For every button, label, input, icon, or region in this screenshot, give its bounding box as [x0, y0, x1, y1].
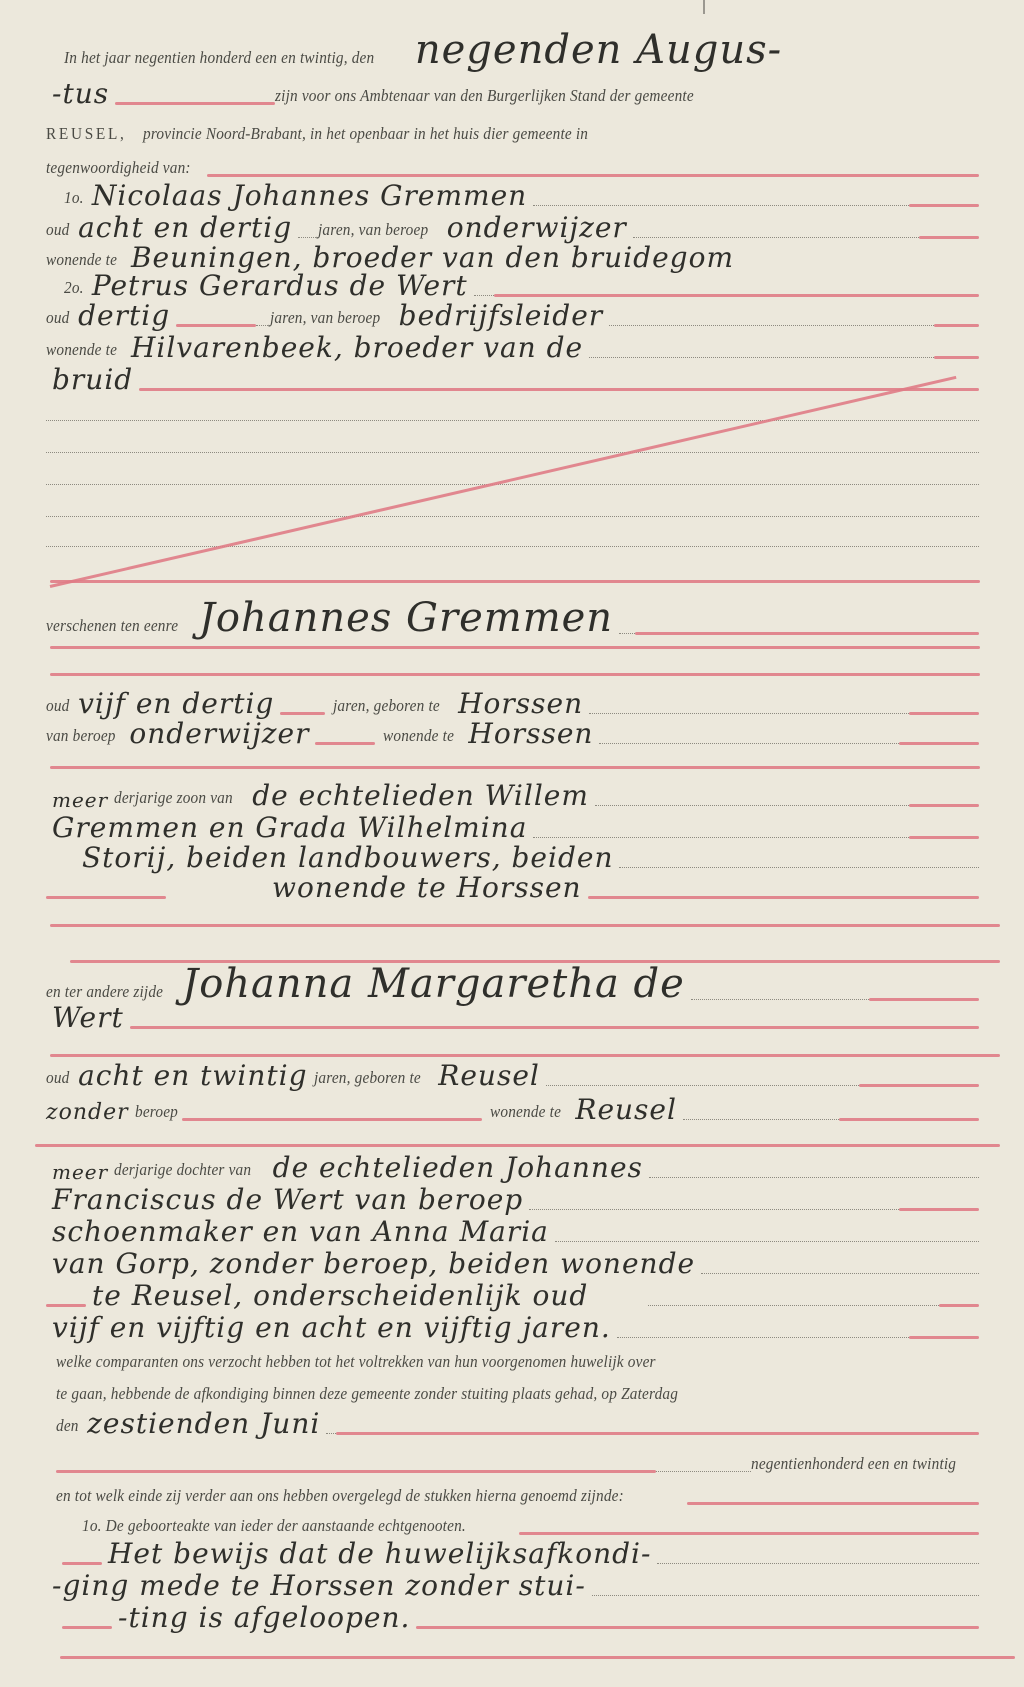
bride-parents-2: Franciscus de Wert van beroep: [46, 1186, 529, 1216]
label-oud: oud: [46, 1068, 69, 1092]
bride-parents-6: vijf en vijftig en acht en vijftig jaren…: [46, 1314, 617, 1344]
red-rule: [909, 712, 979, 715]
groom-parents-line-4: wonende te Horssen: [46, 870, 979, 904]
bride-parents-line-1: meer derjarige dochter van de echteliede…: [46, 1150, 979, 1184]
blank-line: [46, 420, 979, 421]
witness-2-age: dertig: [72, 302, 176, 332]
red-rule: [182, 1118, 482, 1121]
red-rule: [46, 1304, 86, 1307]
document-2-line-1: Het bewijs dat de huwelijksafkondi-: [46, 1536, 979, 1570]
document-2-line-2: -ging mede te Horssen zonder stui-: [46, 1568, 979, 1602]
bride-name-cont-line: Wert: [46, 1000, 979, 1034]
bride-birthplace: Reusel: [432, 1062, 546, 1092]
document-2-text-2: -ging mede te Horssen zonder stui-: [46, 1572, 592, 1602]
label-jaren-geboren: jaren, geboren te: [314, 1068, 421, 1092]
bride-occupation: zonder: [46, 1102, 135, 1126]
red-rule: [35, 1144, 1000, 1147]
strike-through-diagonal: [50, 376, 957, 588]
proclamation-date: zestienden Juni: [81, 1410, 326, 1440]
witness-1-name: Nicolaas Johannes Gremmen: [86, 182, 533, 212]
red-rule: [939, 1304, 979, 1307]
witness-1-age-line: oud acht en dertig jaren, van beroep ond…: [46, 210, 979, 244]
document-2-text-1: Het bewijs dat de huwelijksafkondi-: [102, 1540, 657, 1570]
red-rule: [588, 896, 979, 899]
label-van-beroep: van beroep: [46, 726, 116, 750]
red-rule: [934, 356, 979, 359]
red-rule: [46, 896, 166, 899]
groom-parents-1: de echtelieden Willem: [246, 782, 595, 812]
blank-line: [46, 516, 979, 517]
groom-meer: meer: [46, 790, 114, 812]
red-rule: [56, 1470, 656, 1473]
red-rule: [50, 1054, 1000, 1057]
red-rule: [139, 388, 979, 391]
red-rule: [909, 204, 979, 207]
groom-line: verschenen ten eenre Johannes Gremmen: [46, 590, 979, 640]
red-rule: [207, 174, 979, 177]
printed-intro: In het jaar negentien honderd een en twi…: [64, 48, 374, 72]
bride-age-line: oud acht en twintig jaren, geboren te Re…: [46, 1058, 979, 1092]
witness-2-occupation: bedrijfsleider: [393, 302, 610, 332]
pencil-mark: [703, 0, 705, 14]
red-rule: [50, 580, 980, 583]
document-2-text-3: -ting is afgeloopen.: [112, 1604, 416, 1634]
bride-parents-4: van Gorp, zonder beroep, beiden wonende: [46, 1250, 701, 1280]
certificate-page: In het jaar negentien honderd een en twi…: [0, 0, 1024, 1687]
red-rule: [934, 324, 979, 327]
bride-parents-3: schoenmaker en van Anna Maria: [46, 1218, 555, 1248]
hw-date-cont: -tus: [46, 80, 115, 110]
documents-intro-line: en tot welk einde zij verder aan ons heb…: [46, 1476, 979, 1510]
red-rule: [519, 1532, 979, 1535]
label-dochter-van: derjarige dochter van: [114, 1160, 251, 1184]
label-verschenen: verschenen ten eenre: [46, 616, 178, 640]
red-rule: [50, 646, 980, 649]
groom-occupation: onderwijzer: [123, 720, 315, 750]
line-presence: tegenwoordigheid van:: [46, 148, 979, 182]
red-rule: [50, 673, 980, 676]
bride-name-cont: Wert: [46, 1004, 130, 1034]
groom-parents-4: wonende te Horssen: [266, 874, 588, 904]
document-2-line-3: -ting is afgeloopen.: [46, 1600, 979, 1634]
red-rule: [859, 1084, 979, 1087]
groom-age-line: oud vijf en dertig jaren, geboren te Hor…: [46, 686, 979, 720]
red-rule: [494, 294, 979, 297]
red-rule: [919, 236, 979, 239]
red-rule: [50, 924, 1000, 927]
bride-residence: Reusel: [569, 1096, 683, 1126]
groom-parents-line-2: Gremmen en Grada Wilhelmina: [46, 810, 979, 844]
label-beroep: beroep: [135, 1102, 178, 1126]
witness-2-name-line: 2o. Petrus Gerardus de Wert: [46, 268, 979, 302]
year-line: negentienhonderd een en twintig: [46, 1444, 979, 1478]
groom-parents-line-3: Storij, beiden landbouwers, beiden: [46, 840, 979, 874]
printed-year: negentienhonderd een en twintig: [751, 1454, 956, 1478]
blank-line: [46, 484, 979, 485]
red-rule: [50, 766, 980, 769]
document-1-line: 1o. De geboorteakte van ieder der aansta…: [46, 1506, 979, 1540]
blank-line: [46, 546, 979, 547]
line-date-cont: -tus zijn voor ons Ambtenaar van den Bur…: [46, 76, 979, 110]
label-jaren-beroep: jaren, van beroep: [270, 308, 380, 332]
label-zoon-van: derjarige zoon van: [114, 788, 233, 812]
groom-job-line: van beroep onderwijzer wonende te Horsse…: [46, 716, 979, 750]
bride-parents-5: te Reusel, onderscheidenlijk oud: [86, 1282, 648, 1312]
red-rule: [909, 804, 979, 807]
red-rule: [909, 836, 979, 839]
red-rule: [635, 632, 979, 635]
red-rule: [687, 1502, 979, 1505]
line-intro: In het jaar negentien honderd een en twi…: [46, 38, 979, 72]
bride-job-line: zonder beroep wonende te Reusel: [46, 1092, 979, 1126]
red-rule: [115, 102, 275, 105]
witness-2-residence: Hilvarenbeek, broeder van de: [125, 334, 589, 364]
witness-1-number: 1o.: [64, 188, 84, 212]
label-wonende: wonende te: [46, 340, 117, 364]
groom-parents-line-1: meer derjarige zoon van de echtelieden W…: [46, 778, 979, 812]
red-rule: [416, 1626, 979, 1629]
witness-2-age-line: oud dertig jaren, van beroep bedrijfslei…: [46, 298, 979, 332]
red-rule: [60, 1656, 1015, 1659]
printed-official: zijn voor ons Ambtenaar van den Burgerli…: [275, 86, 694, 110]
bride-parents-line-3: schoenmaker en van Anna Maria: [46, 1214, 979, 1248]
line-municipality: REUSEL, provincie Noord-Brabant, in het …: [46, 114, 979, 148]
red-rule: [130, 1026, 979, 1029]
printed-province: provincie Noord-Brabant, in het openbaar…: [143, 124, 588, 148]
groom-residence: Horssen: [462, 720, 599, 750]
bride-parents-line-4: van Gorp, zonder beroep, beiden wonende: [46, 1246, 979, 1280]
request-line-2: te gaan, hebbende de afkondiging binnen …: [46, 1374, 979, 1408]
bride-meer: meer: [46, 1162, 114, 1184]
label-wonende: wonende te: [383, 726, 454, 750]
witness-2-residence-line: wonende te Hilvarenbeek, broeder van de: [46, 330, 979, 364]
printed-request-1: welke comparanten ons verzocht hebben to…: [56, 1352, 656, 1376]
label-oud: oud: [46, 308, 69, 332]
red-rule: [315, 742, 375, 745]
witness-2-residence-cont: bruid: [46, 366, 139, 396]
red-rule: [899, 1208, 979, 1211]
blank-line: [46, 452, 979, 453]
hw-date: negenden Augus-: [409, 30, 788, 72]
groom-name: Johannes Gremmen: [193, 598, 619, 640]
label-wonende: wonende te: [490, 1102, 561, 1126]
red-rule: [899, 742, 979, 745]
label-den: den: [56, 1416, 79, 1440]
red-rule: [280, 712, 325, 715]
request-line-1: welke comparanten ons verzocht hebben to…: [46, 1342, 979, 1376]
municipality-name: REUSEL,: [46, 124, 127, 148]
proclamation-date-line: den zestienden Juni: [46, 1406, 979, 1440]
red-rule: [62, 1562, 102, 1565]
red-rule: [909, 1336, 979, 1339]
bride-parents-line-6: vijf en vijftig en acht en vijftig jaren…: [46, 1310, 979, 1344]
red-rule: [839, 1118, 979, 1121]
red-rule: [176, 324, 256, 327]
printed-request-2: te gaan, hebbende de afkondiging binnen …: [56, 1384, 678, 1408]
bride-parents-1: de echtelieden Johannes: [267, 1154, 649, 1184]
bride-parents-line-5: te Reusel, onderscheidenlijk oud: [46, 1278, 979, 1312]
witness-2-residence-cont: bruid: [46, 362, 979, 396]
red-rule: [336, 1432, 979, 1435]
bride-age: acht en twintig: [72, 1062, 313, 1092]
bride-parents-line-2: Franciscus de Wert van beroep: [46, 1182, 979, 1216]
red-rule: [62, 1626, 112, 1629]
witness-1-name-line: 1o. Nicolaas Johannes Gremmen: [46, 178, 979, 212]
